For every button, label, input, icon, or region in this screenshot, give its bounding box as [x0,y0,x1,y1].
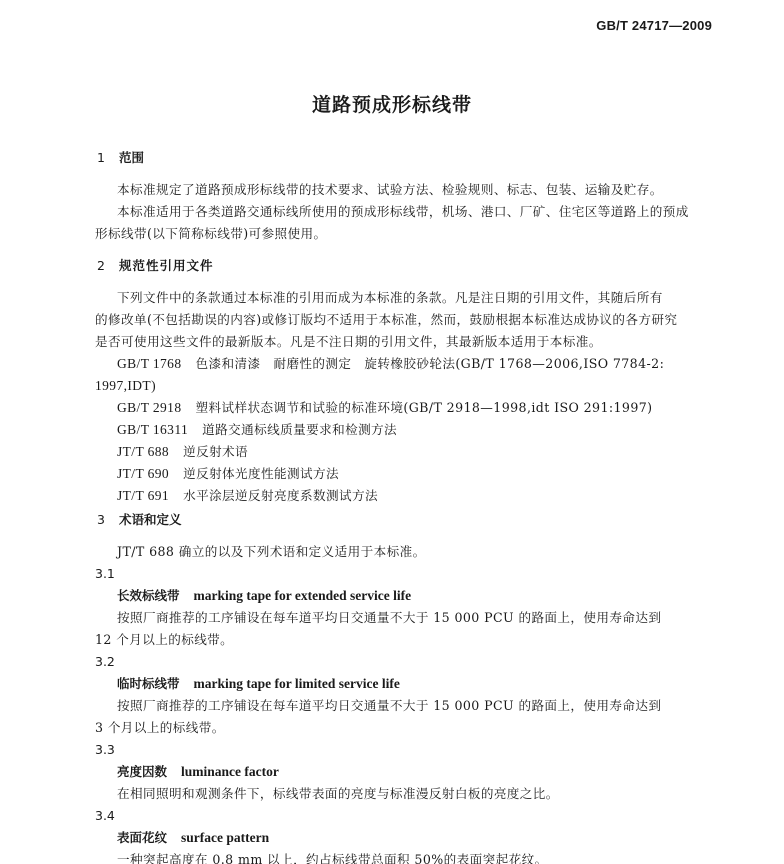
paragraph: 本标准规定了道路预成形标线带的技术要求、试验方法、检验规则、标志、包装、运输及贮… [117,179,663,201]
reference-item: GB/T 2918塑料试样状态调节和试验的标准环境(GB/T 2918—1998… [117,397,652,419]
term-definition: 3 个月以上的标线带。 [95,717,225,739]
section-number: 2 [97,255,119,277]
term-heading: 长效标线带marking tape for extended service l… [117,585,411,607]
paragraph: 本标准适用于各类道路交通标线所使用的预成形标线带，机场、港口、厂矿、住宅区等道路… [117,201,689,223]
reference-code: GB/T 2918 [117,397,181,419]
clause-number: 3.2 [95,651,115,673]
paragraph: 下列文件中的条款通过本标准的引用而成为本标准的条款。凡是注日期的引用文件，其随后… [117,287,663,309]
section-number: 1 [97,147,119,169]
reference-title: 水平涂层逆反射亮度系数测试方法 [183,488,378,503]
section-title: 术语和定义 [119,512,182,527]
reference-code: JT/T 688 [117,441,169,463]
document-title: 道路预成形标线带 [0,90,784,117]
term-zh: 表面花纹 [117,830,167,845]
standard-number: GB/T 24717—2009 [596,18,712,33]
reference-title: 道路交通标线质量要求和检测方法 [202,422,397,437]
paragraph: 是否可使用这些文件的最新版本。凡是不注日期的引用文件，其最新版本适用于本标准。 [95,331,602,353]
section-number: 3 [97,509,119,531]
paragraph: 形标线带(以下简称标线带)可参照使用。 [95,223,327,245]
term-definition: 在相同照明和观测条件下，标线带表面的亮度与标准漫反射白板的亮度之比。 [117,783,559,805]
reference-continuation: 1997,IDT) [95,375,156,397]
reference-item: JT/T 691水平涂层逆反射亮度系数测试方法 [117,485,378,507]
clause-number: 3.1 [95,563,115,585]
reference-title: 塑料试样状态调节和试验的标准环境(GB/T 2918—1998,idt ISO … [195,400,652,415]
term-zh: 临时标线带 [117,676,180,691]
reference-code: JT/T 691 [117,485,169,507]
reference-code: JT/T 690 [117,463,169,485]
term-definition: 一种突起高度在 0.8 mm 以上，约占标线带总面积 50%的表面突起花纹。 [117,849,548,864]
reference-code: GB/T 16311 [117,419,188,441]
clause-number: 3.3 [95,739,115,761]
term-definition: 按照厂商推荐的工序铺设在每车道平均日交通量不大于 15 000 PCU 的路面上… [117,695,661,717]
reference-item: GB/T 16311道路交通标线质量要求和检测方法 [117,419,397,441]
term-heading: 亮度因数luminance factor [117,761,279,783]
clause-number: 3.4 [95,805,115,827]
term-heading: 表面花纹surface pattern [117,827,269,849]
reference-title: 色漆和清漆 耐磨性的测定 旋转橡胶砂轮法(GB/T 1768—2006,ISO … [195,356,664,371]
section-3-heading: 3术语和定义 [97,509,182,531]
term-en: marking tape for extended service life [194,588,412,603]
paragraph: 的修改单(不包括勘误的内容)或修订版均不适用于本标准，然而，鼓励根据本标准达成协… [95,309,677,331]
reference-code: GB/T 1768 [117,353,181,375]
section-title: 规范性引用文件 [119,258,214,273]
term-zh: 长效标线带 [117,588,180,603]
term-heading: 临时标线带marking tape for limited service li… [117,673,400,695]
reference-item: JT/T 690逆反射体光度性能测试方法 [117,463,339,485]
term-zh: 亮度因数 [117,764,167,779]
section-2-heading: 2规范性引用文件 [97,255,214,277]
reference-item: GB/T 1768色漆和清漆 耐磨性的测定 旋转橡胶砂轮法(GB/T 1768—… [117,353,664,375]
section-1-heading: 1范围 [97,147,144,169]
paragraph: JT/T 688 确立的以及下列术语和定义适用于本标准。 [117,541,426,563]
reference-item: JT/T 688逆反射术语 [117,441,248,463]
term-definition: 12 个月以上的标线带。 [95,629,233,651]
reference-title: 逆反射体光度性能测试方法 [183,466,339,481]
term-en: luminance factor [181,764,279,779]
term-definition: 按照厂商推荐的工序铺设在每车道平均日交通量不大于 15 000 PCU 的路面上… [117,607,661,629]
term-en: marking tape for limited service life [194,676,400,691]
term-en: surface pattern [181,830,269,845]
reference-title: 逆反射术语 [183,444,248,459]
section-title: 范围 [119,150,144,165]
